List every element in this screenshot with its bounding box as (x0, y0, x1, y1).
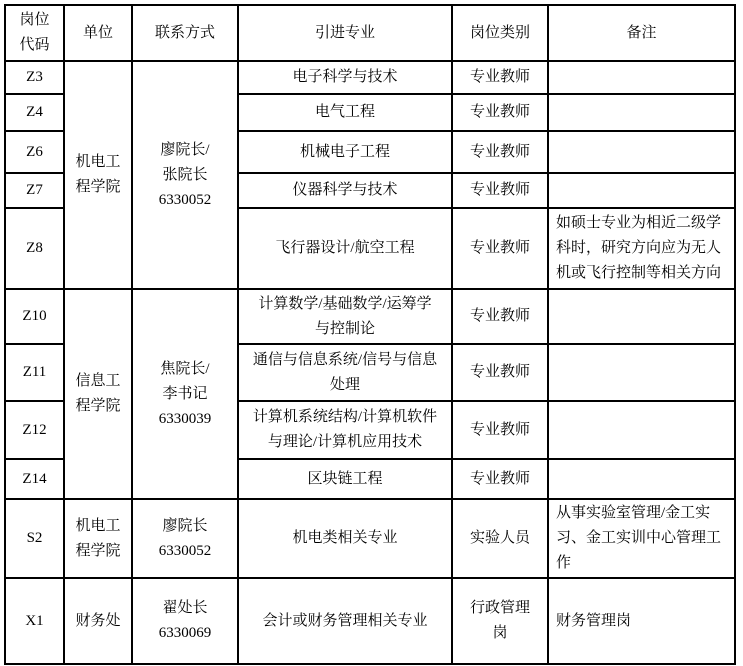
major-cell-z12: 计算机系统结构/计算机软件 与理论/计算机应用技术 (238, 401, 452, 459)
unit-cell-xinxi: 信息工 程学院 (64, 289, 132, 499)
header-contact: 联系方式 (132, 5, 238, 61)
remark-cell-z14 (548, 459, 735, 499)
unit-cell-x1: 财务处 (64, 578, 132, 664)
header-category: 岗位类别 (452, 5, 548, 61)
remark-cell-z6 (548, 131, 735, 173)
category-cell-x1: 行政管理 岗 (452, 578, 548, 664)
code-cell-z7: Z7 (5, 173, 64, 208)
header-remark: 备注 (548, 5, 735, 61)
major-cell-z14: 区块链工程 (238, 459, 452, 499)
code-cell-z14: Z14 (5, 459, 64, 499)
major-cell-z3: 电子科学与技术 (238, 61, 452, 94)
table-row: S2 机电工 程学院 廖院长 6330052 机电类相关专业 实验人员 从事实验… (5, 499, 735, 578)
category-cell-z8: 专业教师 (452, 208, 548, 289)
unit-cell-s2: 机电工 程学院 (64, 499, 132, 578)
header-unit: 单位 (64, 5, 132, 61)
category-cell-z3: 专业教师 (452, 61, 548, 94)
unit-cell-jidian: 机电工 程学院 (64, 61, 132, 289)
remark-cell-z8: 如硕士专业为相近二级学 科时，研究方向应为无人 机或飞行控制等相关方向 (548, 208, 735, 289)
code-cell-z11: Z11 (5, 344, 64, 401)
major-cell-x1: 会计或财务管理相关专业 (238, 578, 452, 664)
table-row: Z3 机电工 程学院 廖院长/ 张院长 6330052 电子科学与技术 专业教师 (5, 61, 735, 94)
category-cell-z11: 专业教师 (452, 344, 548, 401)
remark-cell-z4 (548, 94, 735, 131)
header-position-code: 岗位 代码 (5, 5, 64, 61)
remark-cell-z11 (548, 344, 735, 401)
remark-cell-x1: 财务管理岗 (548, 578, 735, 664)
major-cell-z7: 仪器科学与技术 (238, 173, 452, 208)
table-row: X1 财务处 翟处长 6330069 会计或财务管理相关专业 行政管理 岗 财务… (5, 578, 735, 664)
category-cell-s2: 实验人员 (452, 499, 548, 578)
contact-cell-s2: 廖院长 6330052 (132, 499, 238, 578)
remark-cell-s2: 从事实验室管理/金工实 习、金工实训中心管理工 作 (548, 499, 735, 578)
code-cell-z6: Z6 (5, 131, 64, 173)
code-cell-x1: X1 (5, 578, 64, 664)
contact-cell-x1: 翟处长 6330069 (132, 578, 238, 664)
table-row: Z10 信息工 程学院 焦院长/ 李书记 6330039 计算数学/基础数学/运… (5, 289, 735, 344)
recruitment-table: 岗位 代码 单位 联系方式 引进专业 岗位类别 备注 Z3 机电工 程学院 廖院… (4, 4, 736, 665)
code-cell-s2: S2 (5, 499, 64, 578)
code-cell-z8: Z8 (5, 208, 64, 289)
category-cell-z12: 专业教师 (452, 401, 548, 459)
remark-cell-z7 (548, 173, 735, 208)
code-cell-z12: Z12 (5, 401, 64, 459)
major-cell-z8: 飞行器设计/航空工程 (238, 208, 452, 289)
code-cell-z4: Z4 (5, 94, 64, 131)
category-cell-z4: 专业教师 (452, 94, 548, 131)
major-cell-z10: 计算数学/基础数学/运筹学 与控制论 (238, 289, 452, 344)
remark-cell-z3 (548, 61, 735, 94)
major-cell-z4: 电气工程 (238, 94, 452, 131)
category-cell-z10: 专业教师 (452, 289, 548, 344)
category-cell-z6: 专业教师 (452, 131, 548, 173)
code-cell-z3: Z3 (5, 61, 64, 94)
category-cell-z7: 专业教师 (452, 173, 548, 208)
header-major: 引进专业 (238, 5, 452, 61)
remark-cell-z10 (548, 289, 735, 344)
header-row: 岗位 代码 单位 联系方式 引进专业 岗位类别 备注 (5, 5, 735, 61)
contact-cell-jidian: 廖院长/ 张院长 6330052 (132, 61, 238, 289)
major-cell-s2: 机电类相关专业 (238, 499, 452, 578)
contact-cell-xinxi: 焦院长/ 李书记 6330039 (132, 289, 238, 499)
category-cell-z14: 专业教师 (452, 459, 548, 499)
remark-cell-z12 (548, 401, 735, 459)
major-cell-z6: 机械电子工程 (238, 131, 452, 173)
major-cell-z11: 通信与信息系统/信号与信息 处理 (238, 344, 452, 401)
code-cell-z10: Z10 (5, 289, 64, 344)
page: 岗位 代码 单位 联系方式 引进专业 岗位类别 备注 Z3 机电工 程学院 廖院… (0, 0, 743, 666)
